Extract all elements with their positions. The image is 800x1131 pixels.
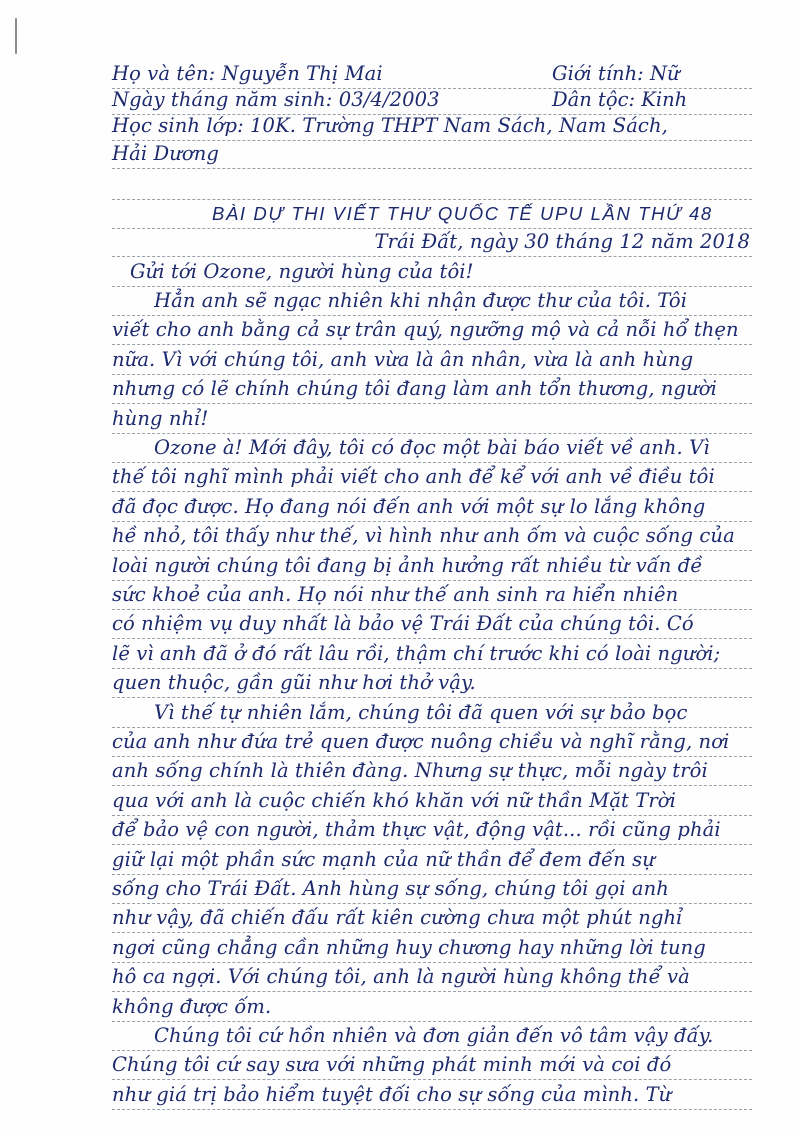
body-line-text: quen thuộc, gần gũi như hơi thở vậy. — [112, 670, 752, 696]
body-line-text: giữ lại một phần sức mạnh của nữ thần để… — [112, 847, 752, 873]
body-line: như giá trị bảo hiểm tuyệt đối cho sự số… — [112, 1081, 752, 1110]
header-line-dob: Ngày tháng năm sinh: 03/4/2003 Dân tộc: … — [112, 86, 752, 115]
body-line-text: qua với anh là cuộc chiến khó khăn với n… — [112, 788, 752, 814]
title-line: BÀI DỰ THI VIẾT THƯ QUỐC TẾ UPU LẦN THỨ … — [112, 200, 752, 229]
scanned-page: Họ và tên: Nguyễn Thị Mai Giới tính: Nữ … — [0, 0, 800, 1131]
body-line-text: để bảo vệ con người, thảm thực vật, động… — [112, 817, 752, 843]
body-line: loài người chúng tôi đang bị ảnh hưởng r… — [112, 552, 752, 581]
ethnicity-label: Dân tộc: — [552, 88, 635, 111]
body-line: sức khoẻ của anh. Họ nói như thế anh sin… — [112, 581, 752, 610]
letter-sheet: Họ và tên: Nguyễn Thị Mai Giới tính: Nữ … — [112, 0, 752, 1131]
margin-pencil-mark — [15, 18, 17, 54]
body-line-text: đã đọc được. Họ đang nói đến anh với một… — [112, 494, 752, 520]
body-line: Chúng tôi cứ hồn nhiên và đơn giản đến v… — [112, 1022, 752, 1051]
body-line: của anh như đứa trẻ quen được nuông chiề… — [112, 728, 752, 757]
body-line: viết cho anh bằng cả sự trân quý, ngưỡng… — [112, 316, 752, 345]
body-line: có nhiệm vụ duy nhất là bảo vệ Trái Đất … — [112, 610, 752, 639]
body-line-text: không được ốm. — [112, 994, 752, 1020]
body-line: nhưng có lẽ chính chúng tôi đang làm anh… — [112, 375, 752, 404]
body-line: Ozone à! Mới đây, tôi có đọc một bài báo… — [112, 434, 752, 463]
salutation-line: Gửi tới Ozone, người hùng của tôi! — [112, 258, 752, 287]
body-line: hô ca ngợi. Với chúng tôi, anh là người … — [112, 963, 752, 992]
dob-value: 03/4/2003 — [339, 88, 440, 111]
letter-title: BÀI DỰ THI VIẾT THƯ QUỐC TẾ UPU LẦN THỨ … — [112, 201, 752, 227]
name-label: Họ và tên: — [112, 62, 215, 85]
body-line-text: lẽ vì anh đã ở đó rất lâu rồi, thậm chí … — [112, 641, 752, 667]
body-line: sống cho Trái Đất. Anh hùng sự sống, chú… — [112, 875, 752, 904]
body-line-text: của anh như đứa trẻ quen được nuông chiề… — [112, 729, 752, 755]
header-line-class: Học sinh lớp: 10K. Trường THPT Nam Sách,… — [112, 112, 752, 141]
body-line: lẽ vì anh đã ở đó rất lâu rồi, thậm chí … — [112, 640, 752, 669]
body-line-text: nữa. Vì với chúng tôi, anh vừa là ân nhâ… — [112, 347, 752, 373]
body-line-text: hô ca ngợi. Với chúng tôi, anh là người … — [112, 964, 752, 990]
body-line: như vậy, đã chiến đấu rất kiên cường chư… — [112, 904, 752, 933]
body-line: Vì thế tự nhiên lắm, chúng tôi đã quen v… — [112, 699, 752, 728]
ethnicity-value: Kinh — [641, 88, 687, 111]
body-line-text: như vậy, đã chiến đấu rất kiên cường chư… — [112, 905, 752, 931]
body-line: đã đọc được. Họ đang nói đến anh với một… — [112, 493, 752, 522]
body-line-text: Ozone à! Mới đây, tôi có đọc một bài báo… — [112, 435, 752, 461]
body-line: Chúng tôi cứ say sưa với những phát minh… — [112, 1051, 752, 1080]
body-line: anh sống chính là thiên đàng. Nhưng sự t… — [112, 757, 752, 786]
body-line: thế tôi nghĩ mình phải viết cho anh để k… — [112, 463, 752, 492]
body-line: giữ lại một phần sức mạnh của nữ thần để… — [112, 846, 752, 875]
body-line-text: ngơi cũng chẳng cần những huy chương hay… — [112, 935, 752, 961]
body-line: qua với anh là cuộc chiến khó khăn với n… — [112, 787, 752, 816]
body-line-text: Chúng tôi cứ say sưa với những phát minh… — [112, 1052, 752, 1078]
body-line: Hẳn anh sẽ ngạc nhiên khi nhận được thư … — [112, 287, 752, 316]
name-value: Nguyễn Thị Mai — [222, 62, 383, 85]
body-line-text: thế tôi nghĩ mình phải viết cho anh để k… — [112, 464, 752, 490]
body-line-text: Hẳn anh sẽ ngạc nhiên khi nhận được thư … — [112, 288, 752, 314]
body-line-text: Chúng tôi cứ hồn nhiên và đơn giản đến v… — [112, 1023, 752, 1049]
body-line: hề nhỏ, tôi thấy như thế, vì hình như an… — [112, 522, 752, 551]
body-line-text: có nhiệm vụ duy nhất là bảo vệ Trái Đất … — [112, 611, 752, 637]
body-line-text: sức khoẻ của anh. Họ nói như thế anh sin… — [112, 582, 752, 608]
header-line-class-cont: Hải Dương — [112, 140, 752, 169]
salutation: Gửi tới Ozone, người hùng của tôi! — [112, 259, 752, 285]
body-line-text: sống cho Trái Đất. Anh hùng sự sống, chú… — [112, 876, 752, 902]
date-line: Trái Đất, ngày 30 tháng 12 năm 2018 — [112, 228, 752, 257]
dob-label: Ngày tháng năm sinh: — [112, 88, 332, 111]
class-line: Học sinh lớp: 10K. Trường THPT Nam Sách,… — [112, 113, 752, 139]
body-line-text: hùng nhỉ! — [112, 406, 752, 432]
letter-date: Trái Đất, ngày 30 tháng 12 năm 2018 — [112, 229, 752, 255]
body-line-text: hề nhỏ, tôi thấy như thế, vì hình như an… — [112, 523, 752, 549]
body-line-text: Vì thế tự nhiên lắm, chúng tôi đã quen v… — [112, 700, 752, 726]
body-line-text: loài người chúng tôi đang bị ảnh hưởng r… — [112, 553, 752, 579]
body-line: quen thuộc, gần gũi như hơi thở vậy. — [112, 669, 752, 698]
blank-line — [112, 171, 752, 200]
body-line: ngơi cũng chẳng cần những huy chương hay… — [112, 934, 752, 963]
body-line: để bảo vệ con người, thảm thực vật, động… — [112, 816, 752, 845]
header-line-name: Họ và tên: Nguyễn Thị Mai Giới tính: Nữ — [112, 60, 752, 89]
body-line-text: viết cho anh bằng cả sự trân quý, ngưỡng… — [112, 317, 752, 343]
body-line: không được ốm. — [112, 993, 752, 1022]
gender-value: Nữ — [650, 62, 680, 85]
gender-label: Giới tính: — [552, 62, 644, 85]
body-line-text: nhưng có lẽ chính chúng tôi đang làm anh… — [112, 376, 752, 402]
body-line: hùng nhỉ! — [112, 405, 752, 434]
body-line: nữa. Vì với chúng tôi, anh vừa là ân nhâ… — [112, 346, 752, 375]
class-line-cont: Hải Dương — [112, 141, 752, 167]
body-line-text: anh sống chính là thiên đàng. Nhưng sự t… — [112, 758, 752, 784]
body-line-text: như giá trị bảo hiểm tuyệt đối cho sự số… — [112, 1082, 752, 1108]
